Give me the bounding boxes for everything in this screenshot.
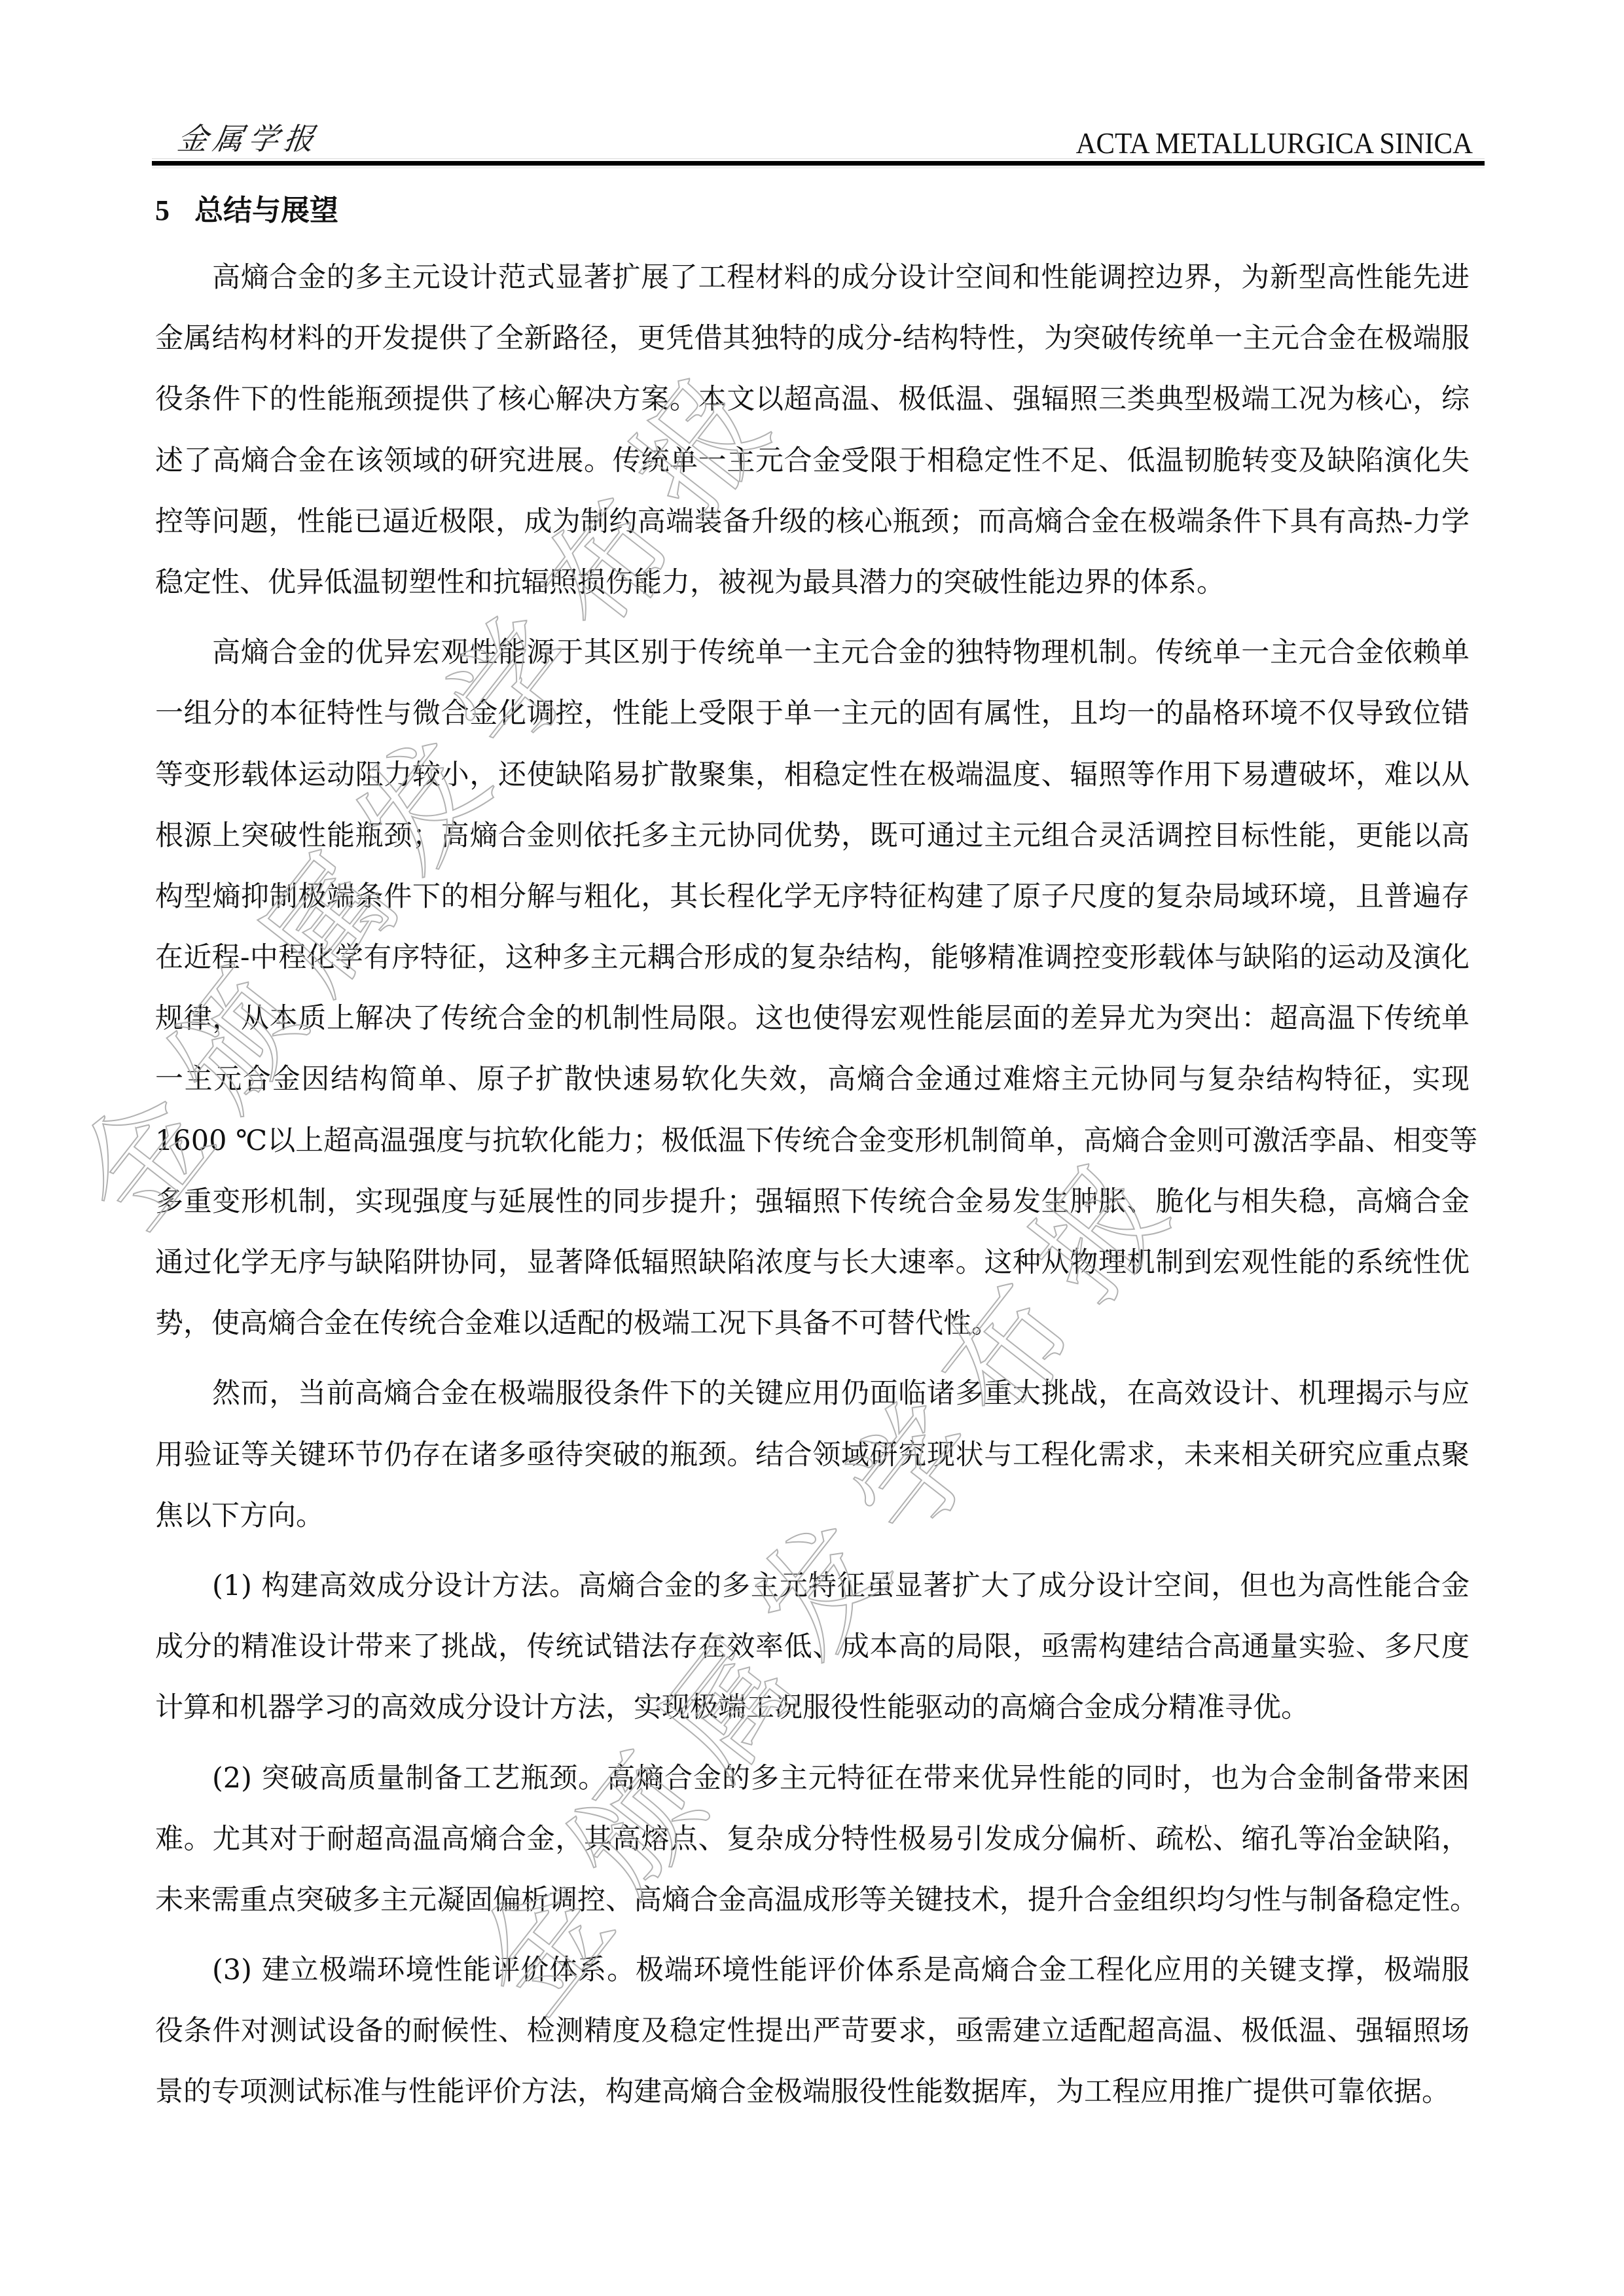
section-heading: 5总结与展望	[155, 194, 338, 228]
text-line: 多重变形机制，实现强度与延展性的同步提升；强辐照下传统合金易发生肿胀、脆化与相失…	[155, 1172, 1470, 1232]
text-line: 一主元合金因结构简单、原子扩散快速易软化失效，高熵合金通过难熔主元协同与复杂结构…	[155, 1049, 1470, 1110]
text-line: 规律，从本质上解决了传统合金的机制性局限。这也使得宏观性能层面的差异尤为突出：超…	[155, 988, 1470, 1049]
text-line: 构型熵抑制极端条件下的相分解与粗化，其长程化学无序特征构建了原子尺度的复杂局域环…	[155, 867, 1470, 927]
text-line: 金属结构材料的开发提供了全新路径，更凭借其独特的成分-结构特性，为突破传统单一主…	[155, 308, 1470, 369]
text-line: 计算和机器学习的高效成分设计方法，实现极端工况服役性能驱动的高熵合金成分精准寻优…	[155, 1677, 1470, 1738]
section-number: 5	[155, 194, 170, 226]
journal-title-en: ACTA METALLURGICA SINICA	[1076, 126, 1473, 160]
text-line: 控等问题，性能已逼近极限，成为制约高端装备升级的核心瓶颈；而高熵合金在极端条件下…	[155, 492, 1470, 552]
text-line: 等变形载体运动阻力较小，还使缺陷易扩散聚集，相稳定性在极端温度、辐照等作用下易遭…	[155, 745, 1470, 806]
text-line: 根源上突破性能瓶颈；高熵合金则依托多主元协同优势，既可通过主元组合灵活调控目标性…	[155, 806, 1470, 867]
text-line: 1600 ℃以上超高温强度与抗软化能力；极低温下传统合金变形机制简单，高熵合金则…	[155, 1111, 1470, 1172]
header-rule-thin-top	[152, 158, 1485, 159]
text-line: 在近程-中程化学有序特征，这种多主元耦合形成的复杂结构，能够精准调控变形载体与缺…	[155, 927, 1470, 988]
text-line: 未来需重点突破多主元凝固偏析调控、高熵合金高温成形等关键技术，提升合金组织均匀性…	[155, 1870, 1470, 1931]
text-line: 役条件下的性能瓶颈提供了核心解决方案。本文以超高温、极低温、强辐照三类典型极端工…	[155, 369, 1470, 430]
text-line: 然而，当前高熵合金在极端服役条件下的关键应用仍面临诸多重大挑战，在高效设计、机理…	[155, 1363, 1470, 1424]
paragraph: 然而，当前高熵合金在极端服役条件下的关键应用仍面临诸多重大挑战，在高效设计、机理…	[155, 1363, 1470, 1547]
text-line: 役条件对测试设备的耐候性、检测精度及稳定性提出严苛要求，亟需建立适配超高温、极低…	[155, 2001, 1470, 2062]
text-line: 高熵合金的多主元设计范式显著扩展了工程材料的成分设计空间和性能调控边界，为新型高…	[155, 247, 1470, 308]
text-line: 一组分的本征特性与微合金化调控，性能上受限于单一主元的固有属性，且均一的晶格环境…	[155, 683, 1470, 744]
text-line: 通过化学无序与缺陷阱协同，显著降低辐照缺陷浓度与长大速率。这种从物理机制到宏观性…	[155, 1232, 1470, 1293]
text-line: 势，使高熵合金在传统合金难以适配的极端工况下具备不可替代性。	[155, 1293, 1470, 1354]
header-rule-thin-bottom	[152, 168, 1485, 168]
text-line: 高熵合金的优异宏观性能源于其区别于传统单一主元合金的独特物理机制。传统单一主元合…	[155, 622, 1470, 683]
text-line: 焦以下方向。	[155, 1486, 1470, 1547]
text-line: (1) 构建高效成分设计方法。高熵合金的多主元特征虽显著扩大了成分设计空间，但也…	[155, 1556, 1470, 1617]
paragraph: 高熵合金的多主元设计范式显著扩展了工程材料的成分设计空间和性能调控边界，为新型高…	[155, 247, 1470, 613]
page-header: 金属学报 ACTA METALLURGICA SINICA	[152, 98, 1485, 170]
text-line: 述了高熵合金在该领域的研究进展。传统单一主元合金受限于相稳定性不足、低温韧脆转变…	[155, 431, 1470, 492]
section-title: 总结与展望	[194, 194, 338, 227]
text-line: 用验证等关键环节仍存在诸多亟待突破的瓶颈。结合领域研究现状与工程化需求，未来相关…	[155, 1425, 1470, 1486]
text-line: 稳定性、优异低温韧塑性和抗辐照损伤能力，被视为最具潜力的突破性能边界的体系。	[155, 552, 1470, 613]
paragraph: (3) 建立极端环境性能评价体系。极端环境性能评价体系是高熵合金工程化应用的关键…	[155, 1940, 1470, 2123]
header-rule-thick	[152, 161, 1485, 166]
journal-logo-cn: 金属学报	[175, 115, 322, 158]
paragraph: 高熵合金的优异宏观性能源于其区别于传统单一主元合金的独特物理机制。传统单一主元合…	[155, 622, 1470, 1354]
text-line: (2) 突破高质量制备工艺瓶颈。高熵合金的多主元特征在带来优异性能的同时，也为合…	[155, 1748, 1470, 1809]
text-line: 难。尤其对于耐超高温高熵合金，其高熔点、复杂成分特性极易引发成分偏析、疏松、缩孔…	[155, 1809, 1470, 1870]
text-line: 景的专项测试标准与性能评价方法，构建高熵合金极端服役性能数据库，为工程应用推广提…	[155, 2062, 1470, 2123]
paragraph: (1) 构建高效成分设计方法。高熵合金的多主元特征虽显著扩大了成分设计空间，但也…	[155, 1556, 1470, 1739]
text-line: 成分的精准设计带来了挑战，传统试错法存在效率低、成本高的局限，亟需构建结合高通量…	[155, 1617, 1470, 1677]
text-line: (3) 建立极端环境性能评价体系。极端环境性能评价体系是高熵合金工程化应用的关键…	[155, 1940, 1470, 2001]
paragraph: (2) 突破高质量制备工艺瓶颈。高熵合金的多主元特征在带来优异性能的同时，也为合…	[155, 1748, 1470, 1931]
body-text: 高熵合金的多主元设计范式显著扩展了工程材料的成分设计空间和性能调控边界，为新型高…	[155, 247, 1470, 2132]
